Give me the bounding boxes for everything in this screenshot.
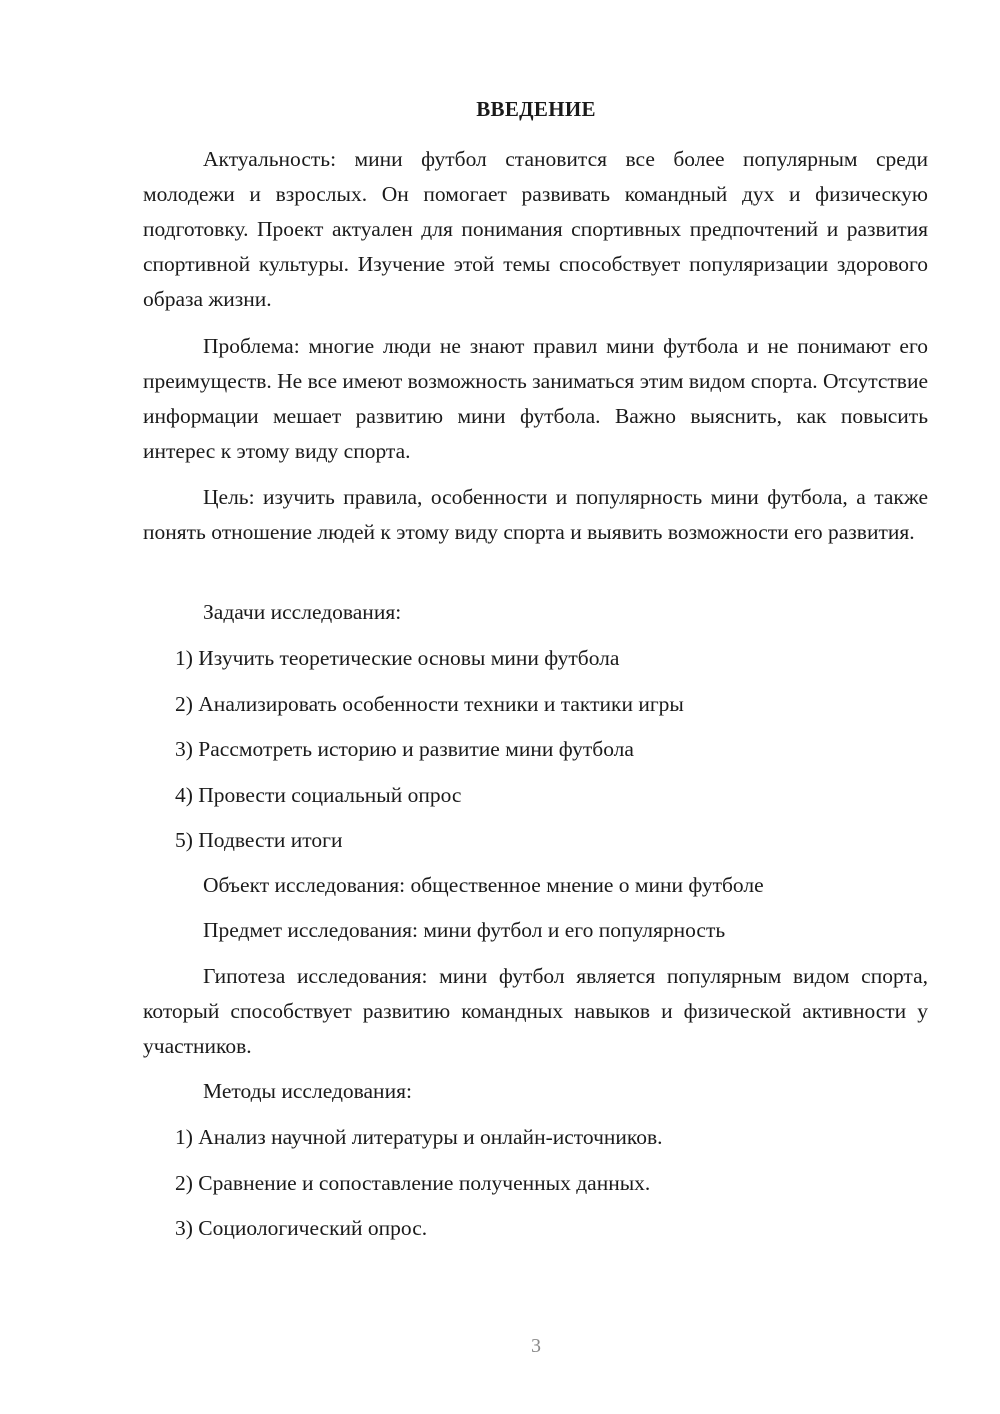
- hypothesis-paragraph: Гипотеза исследования: мини футбол являе…: [143, 959, 928, 1064]
- document-page: ВВЕДЕНИЕ Актуальность: мини футбол стано…: [0, 0, 1000, 1414]
- relevance-paragraph: Актуальность: мини футбол становится все…: [143, 142, 928, 317]
- goal-text: Цель: изучить правила, особенности и поп…: [143, 480, 928, 550]
- problem-paragraph: Проблема: многие люди не знают правил ми…: [143, 329, 928, 469]
- subject-section: Предмет исследования: мини футбол и его …: [143, 913, 928, 948]
- task-item: 4) Провести социальный опрос: [143, 778, 928, 824]
- hypothesis-text: Гипотеза исследования: мини футбол являе…: [143, 959, 928, 1064]
- tasks-heading: Задачи исследования:: [143, 595, 928, 630]
- relevance-text: Актуальность: мини футбол становится все…: [143, 142, 928, 317]
- method-item: 3) Социологический опрос.: [143, 1211, 928, 1257]
- task-item: 5) Подвести итоги: [143, 823, 928, 869]
- task-item: 3) Рассмотреть историю и развитие мини ф…: [143, 732, 928, 778]
- task-item: 1) Изучить теоретические основы мини фут…: [143, 641, 928, 687]
- methods-list: 1) Анализ научной литературы и онлайн-ис…: [143, 1120, 928, 1257]
- object-section: Объект исследования: общественное мнение…: [143, 868, 928, 903]
- goal-paragraph: Цель: изучить правила, особенности и поп…: [143, 480, 928, 550]
- object-text: Объект исследования: общественное мнение…: [143, 868, 928, 903]
- section-title: ВВЕДЕНИЕ: [0, 97, 1000, 122]
- page-number: 3: [0, 1335, 1000, 1358]
- methods-heading: Методы исследования:: [143, 1074, 928, 1109]
- task-item: 2) Анализировать особенности техники и т…: [143, 687, 928, 733]
- method-item: 1) Анализ научной литературы и онлайн-ис…: [143, 1120, 928, 1166]
- methods-section: Методы исследования:: [143, 1074, 928, 1109]
- problem-text: Проблема: многие люди не знают правил ми…: [143, 329, 928, 469]
- tasks-section: Задачи исследования:: [143, 595, 928, 630]
- subject-text: Предмет исследования: мини футбол и его …: [143, 913, 928, 948]
- tasks-list: 1) Изучить теоретические основы мини фут…: [143, 641, 928, 869]
- method-item: 2) Сравнение и сопоставление полученных …: [143, 1166, 928, 1212]
